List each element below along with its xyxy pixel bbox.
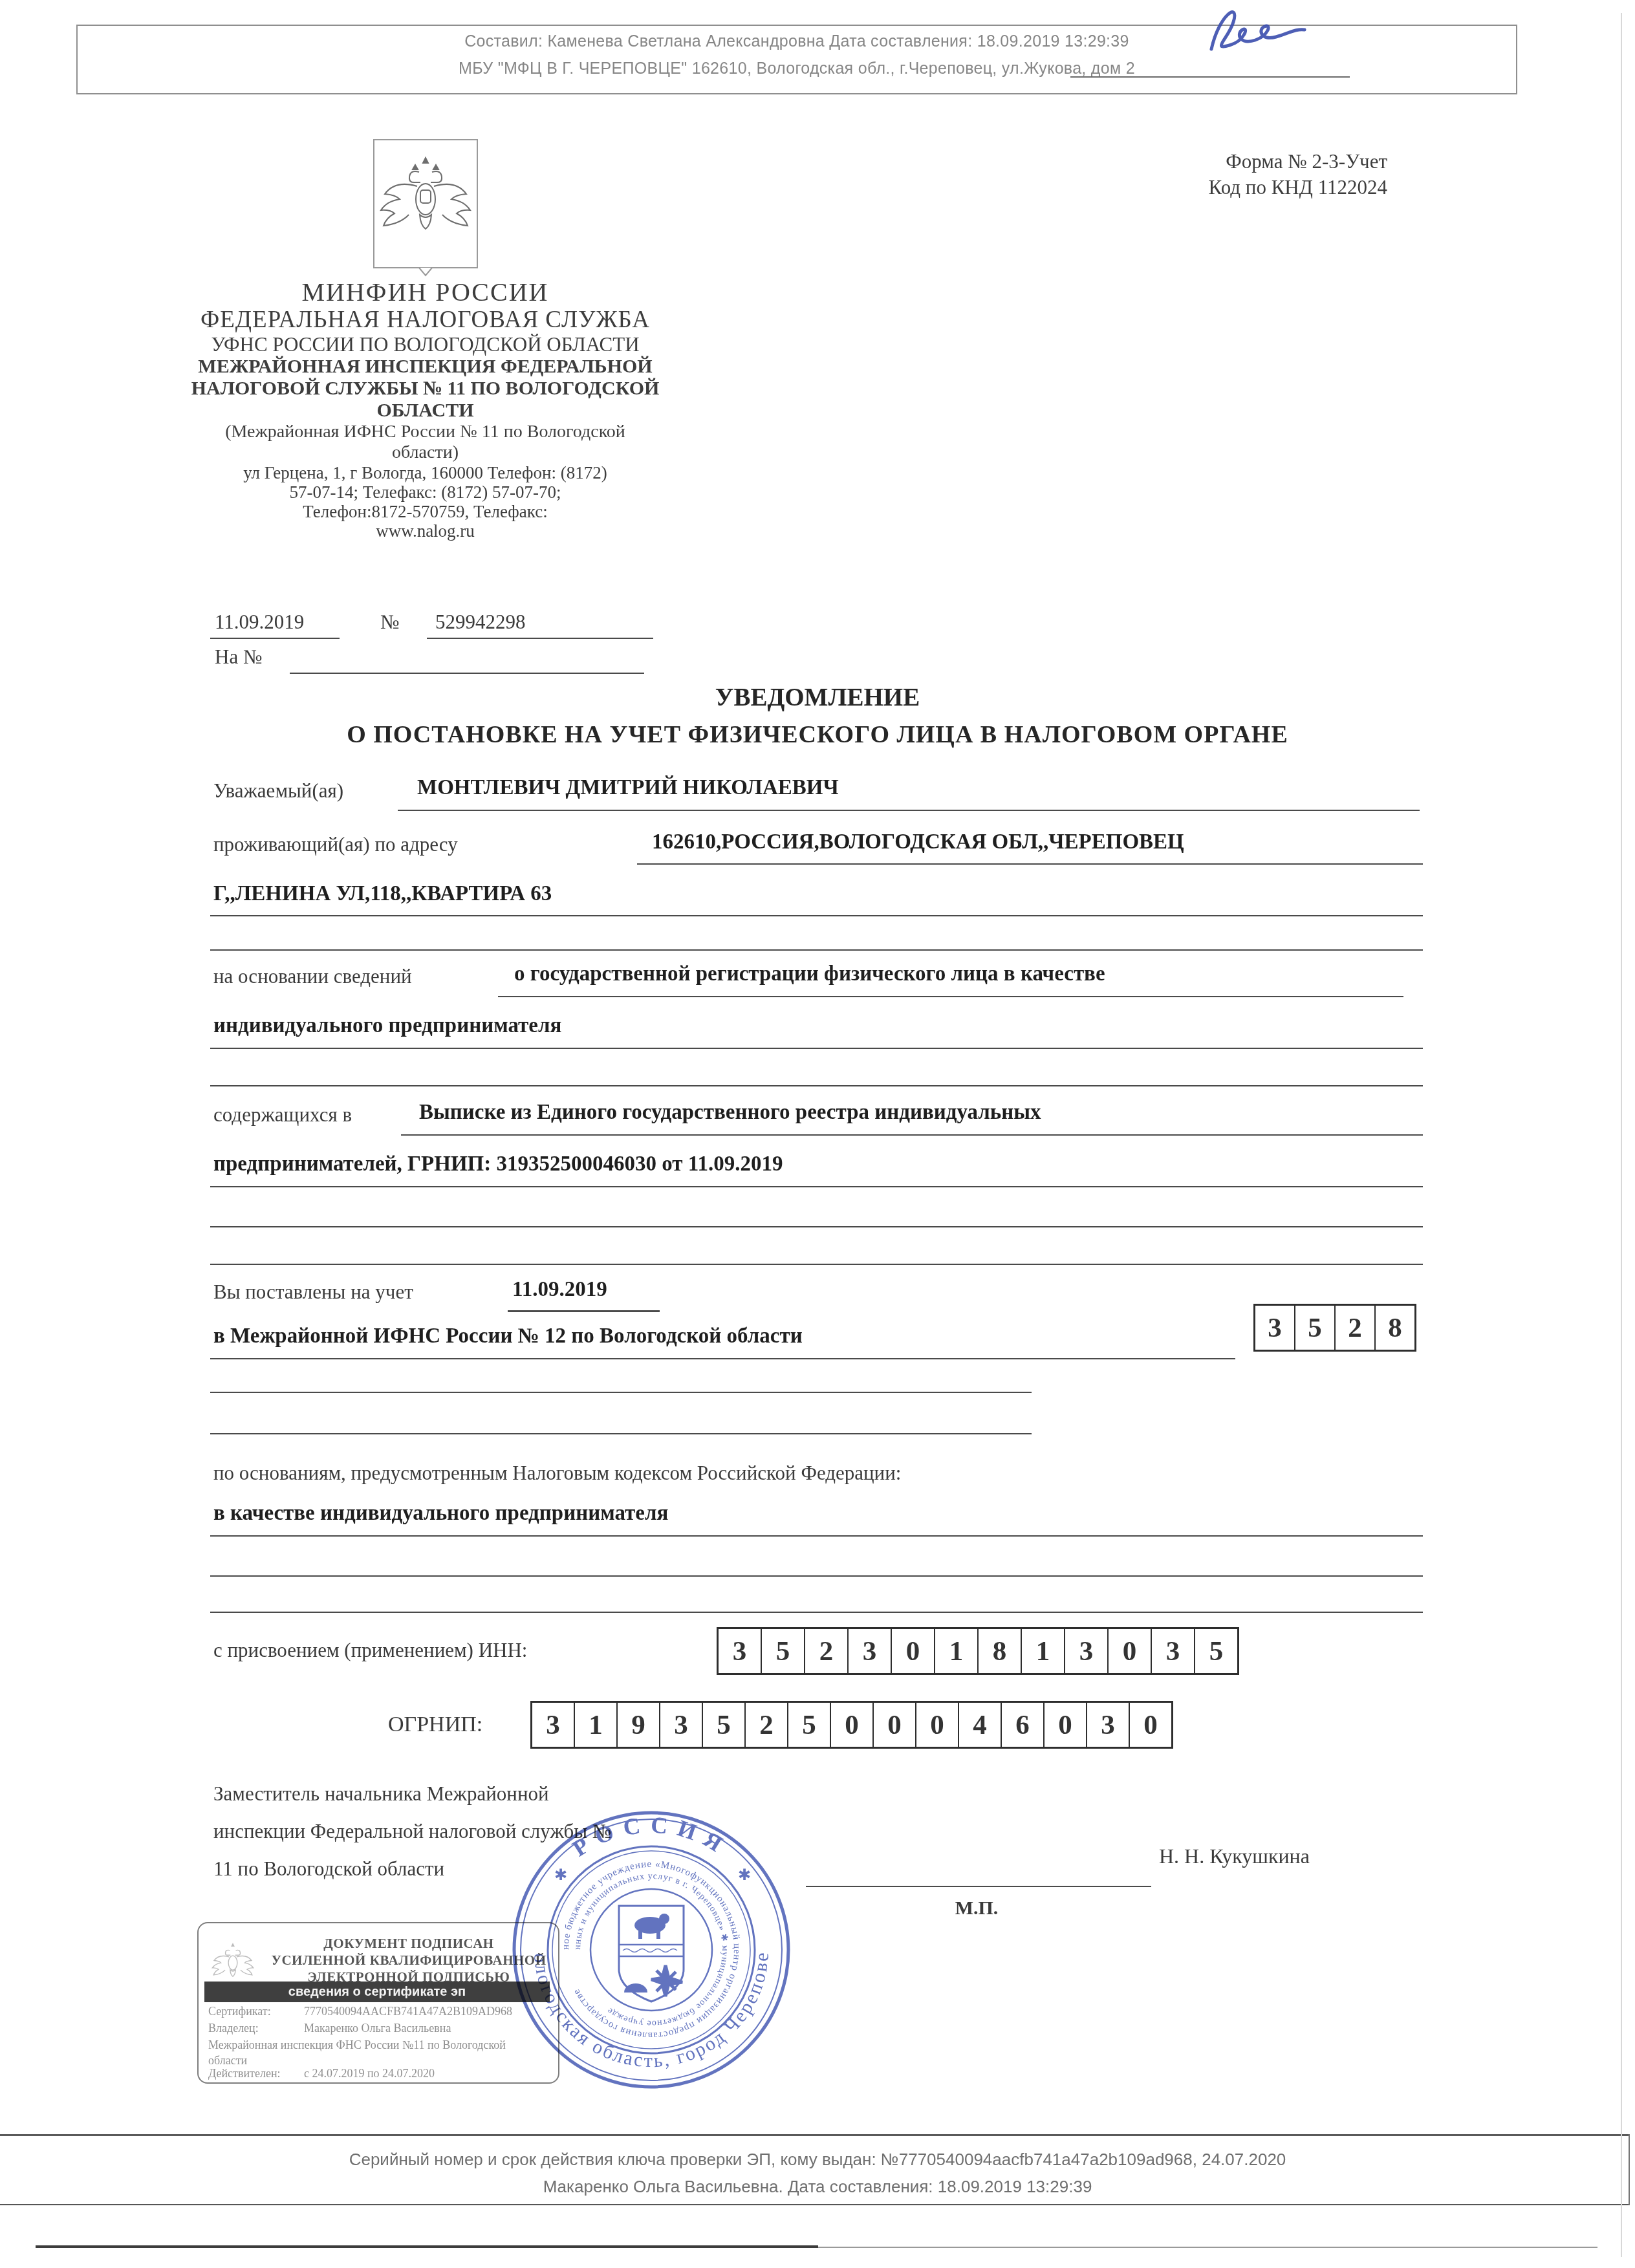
- signature-line: [806, 1886, 1151, 1887]
- footer-line1: Серийный номер и срок действия ключа про…: [0, 2150, 1635, 2170]
- valid-value: с 24.07.2019 по 24.07.2020: [304, 2067, 435, 2080]
- blank-line: [210, 1575, 1423, 1577]
- valid-label: Действителен:: [208, 2067, 281, 2080]
- stamp-star-right: ✱: [738, 1867, 751, 1884]
- svg-text:нных и муниципальных услуг в г: нных и муниципальных услуг в г. Череповц…: [573, 1872, 730, 2028]
- doc-title-line2: О ПОСТАНОВКЕ НА УЧЕТ ФИЗИЧЕСКОГО ЛИЦА В …: [0, 720, 1635, 749]
- letterhead-line: (Межрайонная ИФНС России № 11 по Вологод…: [133, 422, 718, 442]
- registered-date: 11.09.2019: [512, 1278, 607, 1302]
- blank-line: [210, 1433, 1032, 1434]
- document-page: Составил: Каменева Светлана Александровн…: [0, 0, 1635, 2268]
- letterhead-line: ул Герцена, 1, г Вологда, 160000 Телефон…: [133, 463, 718, 482]
- registered-office-underline: [210, 1358, 1235, 1359]
- contained-underline2: [210, 1186, 1423, 1187]
- grounds-line1: по основаниям, предусмотренным Налоговым…: [213, 1462, 901, 1485]
- letterhead-website: www.nalog.ru: [133, 521, 718, 541]
- address-label: проживающий(ая) по адресу: [213, 833, 458, 856]
- digit-cell: 0: [915, 1703, 958, 1747]
- ogrnip-label: ОГРНИП:: [388, 1712, 482, 1737]
- footer-line2: Макаренко Ольга Васильевна. Дата составл…: [0, 2177, 1635, 2197]
- basis-underline2: [210, 1048, 1423, 1049]
- reply-to-label: На №: [215, 645, 262, 669]
- footer-top-rule: [0, 2134, 1630, 2136]
- stamp-org-ring1: ное бюджетное учреждение «Многофункциона…: [561, 1859, 742, 2040]
- digit-cell: 8: [977, 1629, 1021, 1673]
- digit-cell: 6: [1001, 1703, 1043, 1747]
- cherepovets-shield-icon: [619, 1906, 684, 2002]
- digit-cell: 0: [872, 1703, 915, 1747]
- letterhead-line: НАЛОГОВОЙ СЛУЖБЫ № 11 ПО ВОЛОГОДСКОЙ: [133, 378, 718, 400]
- digit-cell: 2: [804, 1629, 847, 1673]
- signer-name: Н. Н. Кукушкина: [1159, 1844, 1310, 1868]
- digit-cell: 0: [891, 1629, 934, 1673]
- doc-title-line1: УВЕДОМЛЕНИЕ: [0, 683, 1635, 712]
- person-name: МОНТЛЕВИЧ ДМИТРИЙ НИКОЛАЕВИЧ: [417, 776, 839, 800]
- blank-line: [210, 1264, 1423, 1265]
- letterhead-line: МИНФИН РОССИИ: [133, 278, 718, 307]
- cert-org-line2: области: [208, 2054, 247, 2068]
- office-code-boxes: 3528: [1253, 1304, 1416, 1352]
- digit-cell: 0: [1107, 1629, 1151, 1673]
- pen-signature-icon: [1200, 0, 1394, 65]
- address-value-line2: Г,,ЛЕНИНА УЛ,118,,КВАРТИРА 63: [213, 882, 552, 906]
- letterhead-line: Телефон:8172-570759, Телефакс:: [133, 502, 718, 521]
- basis-value-line1: о государственной регистрации физическог…: [514, 962, 1105, 986]
- letterhead-line: ФЕДЕРАЛЬНАЯ НАЛОГОВАЯ СЛУЖБА: [133, 307, 718, 333]
- greeting-label: Уважаемый(ая): [213, 779, 343, 803]
- blank-line: [210, 1612, 1423, 1613]
- owner-value: Макаренко Ольга Васильевна: [304, 2022, 451, 2035]
- digit-cell: 1: [574, 1703, 616, 1747]
- digit-cell: 8: [1374, 1306, 1414, 1350]
- blank-line: [210, 1392, 1032, 1393]
- contained-value-line2: предпринимателей, ГРНИП: 319352500046030…: [213, 1152, 783, 1176]
- blank-line: [210, 1085, 1423, 1086]
- name-underline: [398, 810, 1420, 811]
- digit-cell: 3: [1064, 1629, 1107, 1673]
- letterhead-line: области): [133, 442, 718, 463]
- digit-cell: 3: [1151, 1629, 1194, 1673]
- inn-boxes: 352301813035: [717, 1627, 1239, 1675]
- digit-cell: 2: [1334, 1306, 1374, 1350]
- letterhead-line: МЕЖРАЙОННАЯ ИНСПЕКЦИЯ ФЕДЕРАЛЬНОЙ: [133, 356, 718, 378]
- owner-label: Владелец:: [208, 2022, 259, 2035]
- letterhead-line: УФНС РОССИИ ПО ВОЛОГОДСКОЙ ОБЛАСТИ: [133, 333, 718, 356]
- letterhead-line: ОБЛАСТИ: [133, 400, 718, 422]
- registered-office: в Межрайонной ИФНС России № 12 по Волого…: [213, 1324, 803, 1348]
- inn-label: с присвоением (применением) ИНН:: [213, 1639, 527, 1662]
- esign-bar: сведения о сертификате эп: [204, 1982, 550, 2002]
- blank-line: [210, 1226, 1423, 1227]
- knd-code: Код по КНД 1122024: [1035, 175, 1387, 200]
- doc-date-underline: [210, 638, 340, 639]
- digit-cell: 0: [830, 1703, 872, 1747]
- footer-edge-line: [1629, 2134, 1630, 2205]
- registered-label: Вы поставлены на учет: [213, 1280, 413, 1304]
- scan-bottom-line-dark: [36, 2245, 818, 2248]
- digit-cell: 2: [744, 1703, 787, 1747]
- blank-line: [210, 949, 1423, 951]
- digit-cell: 4: [958, 1703, 1001, 1747]
- registered-date-underline: [508, 1310, 660, 1312]
- grounds-line2: в качестве индивидуального предпринимате…: [213, 1502, 668, 1526]
- digit-cell: 3: [532, 1703, 574, 1747]
- stamp-star-left: ✱: [554, 1867, 567, 1884]
- digit-cell: 3: [719, 1629, 761, 1673]
- signer-position-line3: 11 по Вологодской области: [213, 1857, 444, 1881]
- contained-value-line1: Выписке из Единого государственного реес…: [419, 1101, 1041, 1125]
- grounds-underline: [210, 1535, 1423, 1537]
- form-number: Форма № 2-3-Учет: [1035, 149, 1387, 175]
- digit-cell: 1: [1021, 1629, 1064, 1673]
- digit-cell: 5: [761, 1629, 804, 1673]
- basis-underline1: [498, 996, 1403, 997]
- double-headed-eagle-icon: [373, 138, 479, 279]
- digit-cell: 3: [659, 1703, 702, 1747]
- letterhead: МИНФИН РОССИИ ФЕДЕРАЛЬНАЯ НАЛОГОВАЯ СЛУЖ…: [133, 278, 718, 541]
- svg-text:ное бюджетное учреждение «Мног: ное бюджетное учреждение «Многофункциона…: [561, 1859, 742, 2040]
- digit-cell: 0: [1043, 1703, 1086, 1747]
- scan-right-edge: [1621, 13, 1622, 2257]
- letterhead-line: 57-07-14; Телефакс: (8172) 57-07-70;: [133, 482, 718, 502]
- digit-cell: 0: [1129, 1703, 1171, 1747]
- stamp-place-label: М.П.: [931, 1897, 1022, 1919]
- digit-cell: 3: [847, 1629, 891, 1673]
- doc-no-label: №: [380, 610, 400, 634]
- contained-underline1: [401, 1134, 1423, 1136]
- basis-value-line2: индивидуального предпринимателя: [213, 1014, 561, 1038]
- digit-cell: 1: [934, 1629, 977, 1673]
- contained-label: содержащихся в: [213, 1103, 352, 1127]
- cert-label: Сертификат:: [208, 2005, 271, 2018]
- cert-org-line1: Межрайонная инспекция ФНС России №11 по …: [208, 2038, 506, 2052]
- doc-date: 11.09.2019: [215, 610, 304, 634]
- address-underline2: [210, 915, 1423, 916]
- digit-cell: 3: [1255, 1306, 1294, 1350]
- header-signature-line: [1070, 76, 1350, 78]
- digit-cell: 5: [702, 1703, 744, 1747]
- stamp-org-ring2: нных и муниципальных услуг в г. Череповц…: [573, 1872, 730, 2028]
- signer-position-line1: Заместитель начальника Межрайонной: [213, 1782, 549, 1806]
- reply-to-underline: [290, 673, 644, 674]
- scan-bottom-line-light: [818, 2247, 1597, 2248]
- digit-cell: 5: [1194, 1629, 1237, 1673]
- digit-cell: 9: [616, 1703, 659, 1747]
- basis-label: на основании сведений: [213, 965, 412, 988]
- mfc-round-stamp-icon: РОССИЯ Вологодская область, город Черепо…: [506, 1804, 797, 2095]
- address-value-line1: 162610,РОССИЯ,ВОЛОГОДСКАЯ ОБЛ,,ЧЕРЕПОВЕЦ: [652, 830, 1184, 854]
- doc-number: 529942298: [435, 610, 526, 634]
- footer-bottom-rule: [0, 2204, 1630, 2205]
- form-info: Форма № 2-3-Учет Код по КНД 1122024: [1035, 149, 1387, 200]
- digit-cell: 3: [1086, 1703, 1129, 1747]
- digit-cell: 5: [1294, 1306, 1334, 1350]
- digit-cell: 5: [787, 1703, 830, 1747]
- cert-value: 7770540094AACFB741A47A2B109AD968: [304, 2005, 512, 2018]
- doc-number-underline: [427, 638, 653, 639]
- address-underline1: [637, 863, 1423, 865]
- ogrnip-boxes: 319352500046030: [530, 1701, 1173, 1749]
